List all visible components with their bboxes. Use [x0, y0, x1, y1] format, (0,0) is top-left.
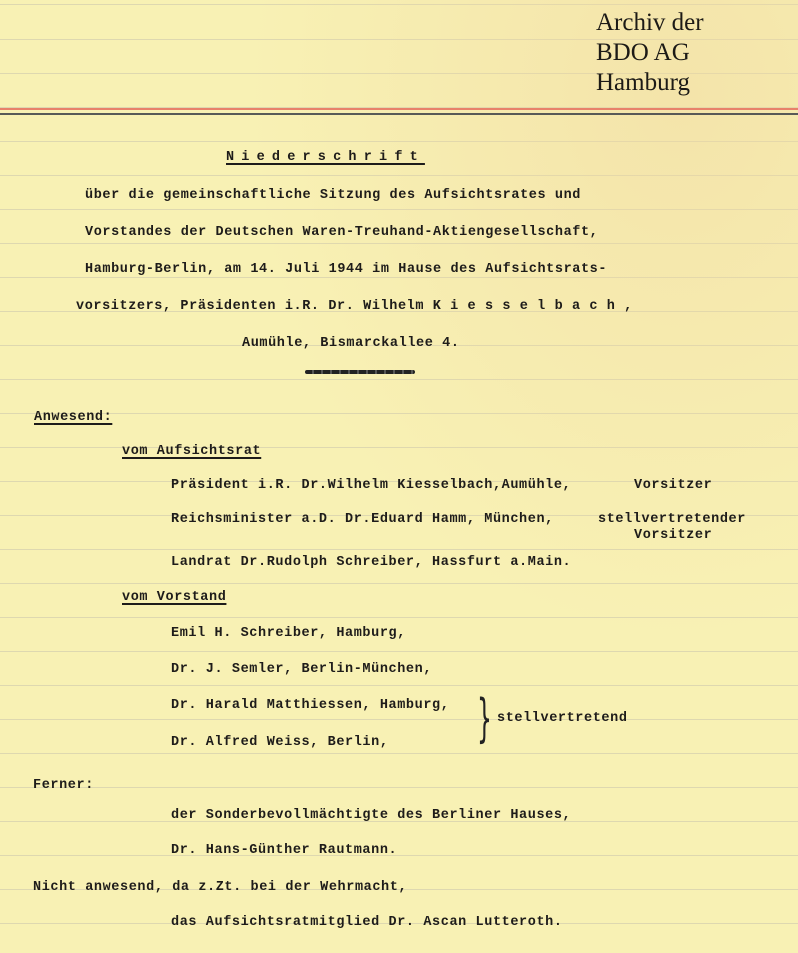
executive-member-4: Dr. Alfred Weiss, Berlin, — [171, 735, 389, 750]
archive-stamp-line2: BDO AG — [596, 38, 704, 68]
further-line-1: der Sonderbevollmächtigte des Berliner H… — [171, 808, 571, 823]
archive-stamp: Archiv der BDO AG Hamburg — [596, 8, 704, 98]
header-rule-dark — [0, 113, 798, 115]
archive-stamp-line3: Hamburg — [596, 68, 704, 98]
supervisory-member-3-name: Landrat Dr.Rudolph Schreiber, Hassfurt a… — [171, 555, 571, 570]
brace-icon: } — [477, 693, 492, 745]
intro-line-3: Hamburg-Berlin, am 14. Juli 1944 im Haus… — [85, 262, 607, 277]
further-line-2: Dr. Hans-Günther Rautmann. — [171, 843, 397, 858]
supervisory-member-1-name: Präsident i.R. Dr.Wilhelm Kiesselbach,Au… — [171, 478, 571, 493]
intro-line-4: vorsitzers, Präsidenten i.R. Dr. Wilhelm… — [76, 299, 633, 314]
absent-line: das Aufsichtsratmitglied Dr. Ascan Lutte… — [171, 915, 563, 930]
executive-group-role: stellvertretend — [497, 711, 628, 726]
supervisory-member-2-role-line2: Vorsitzer — [634, 528, 712, 543]
supervisory-member-2-role: stellvertretender — [598, 512, 746, 527]
archive-stamp-line1: Archiv der — [596, 8, 704, 38]
absent-heading: Nicht anwesend, da z.Zt. bei der Wehrmac… — [33, 880, 407, 895]
supervisory-member-1-role: Vorsitzer — [634, 478, 712, 493]
present-heading: Anwesend: — [34, 410, 112, 425]
executive-board-heading: vom Vorstand — [122, 590, 226, 605]
further-heading: Ferner: — [33, 778, 94, 793]
supervisory-board-heading: vom Aufsichtsrat — [122, 444, 261, 459]
executive-member-3: Dr. Harald Matthiessen, Hamburg, — [171, 698, 449, 713]
executive-member-1: Emil H. Schreiber, Hamburg, — [171, 626, 406, 641]
intro-line-2: Vorstandes der Deutschen Waren-Treuhand-… — [85, 225, 598, 240]
document-title: Niederschrift — [226, 150, 425, 165]
intro-line-5: Aumühle, Bismarckallee 4. — [242, 336, 460, 351]
intro-line-1: über die gemeinschaftliche Sitzung des A… — [85, 188, 581, 203]
header-rule-red — [0, 108, 798, 110]
executive-member-2: Dr. J. Semler, Berlin-München, — [171, 662, 432, 677]
section-divider — [305, 370, 415, 374]
supervisory-member-2-name: Reichsminister a.D. Dr.Eduard Hamm, Münc… — [171, 512, 554, 527]
